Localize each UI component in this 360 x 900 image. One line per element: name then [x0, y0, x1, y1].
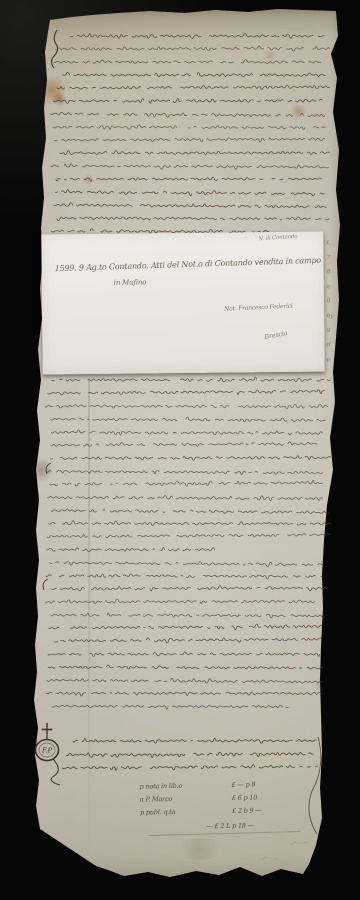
account-amount: £ 2 b 9 —	[232, 803, 312, 817]
ink-stain	[176, 838, 224, 860]
ink-stain	[264, 50, 276, 61]
manuscript-sheet	[0, 0, 360, 900]
slip-title-line: 1599. 9 Ag.to Contando. Atti del Not.o d…	[55, 256, 322, 273]
archive-slip: N. di Contando 1599. 9 Ag.to Contando. A…	[41, 232, 324, 375]
ink-stain	[314, 676, 332, 692]
accounts-block: p nota in lib.o £ — p 8 a P. Marco £ 6 p…	[140, 778, 313, 835]
margin-glyph: o	[325, 356, 343, 372]
account-label: p publ. q.ta	[140, 805, 232, 820]
marginal-annotations: t. 7 8 a li by 9 d o	[326, 240, 342, 371]
slip-title-line2: in Mufino	[114, 278, 146, 286]
margin-glyph: t.	[325, 239, 343, 255]
vertical-crease	[88, 378, 90, 864]
ink-stain	[30, 456, 52, 484]
slip-notary-note: Not. Francesco Federici	[224, 303, 293, 313]
slip-annotation-top: N. di Contando	[258, 234, 297, 242]
photograph-background: F.P N. di Contando 1599. 9 Ag.to Contand…	[0, 0, 360, 900]
ink-stain	[290, 104, 307, 119]
ink-stain	[52, 92, 67, 106]
slip-place-note: Brescia	[264, 329, 288, 341]
account-row: p publ. q.ta £ 2 b 9 —	[140, 803, 312, 819]
ink-stain	[82, 174, 95, 186]
margin-glyph: by	[325, 312, 343, 328]
